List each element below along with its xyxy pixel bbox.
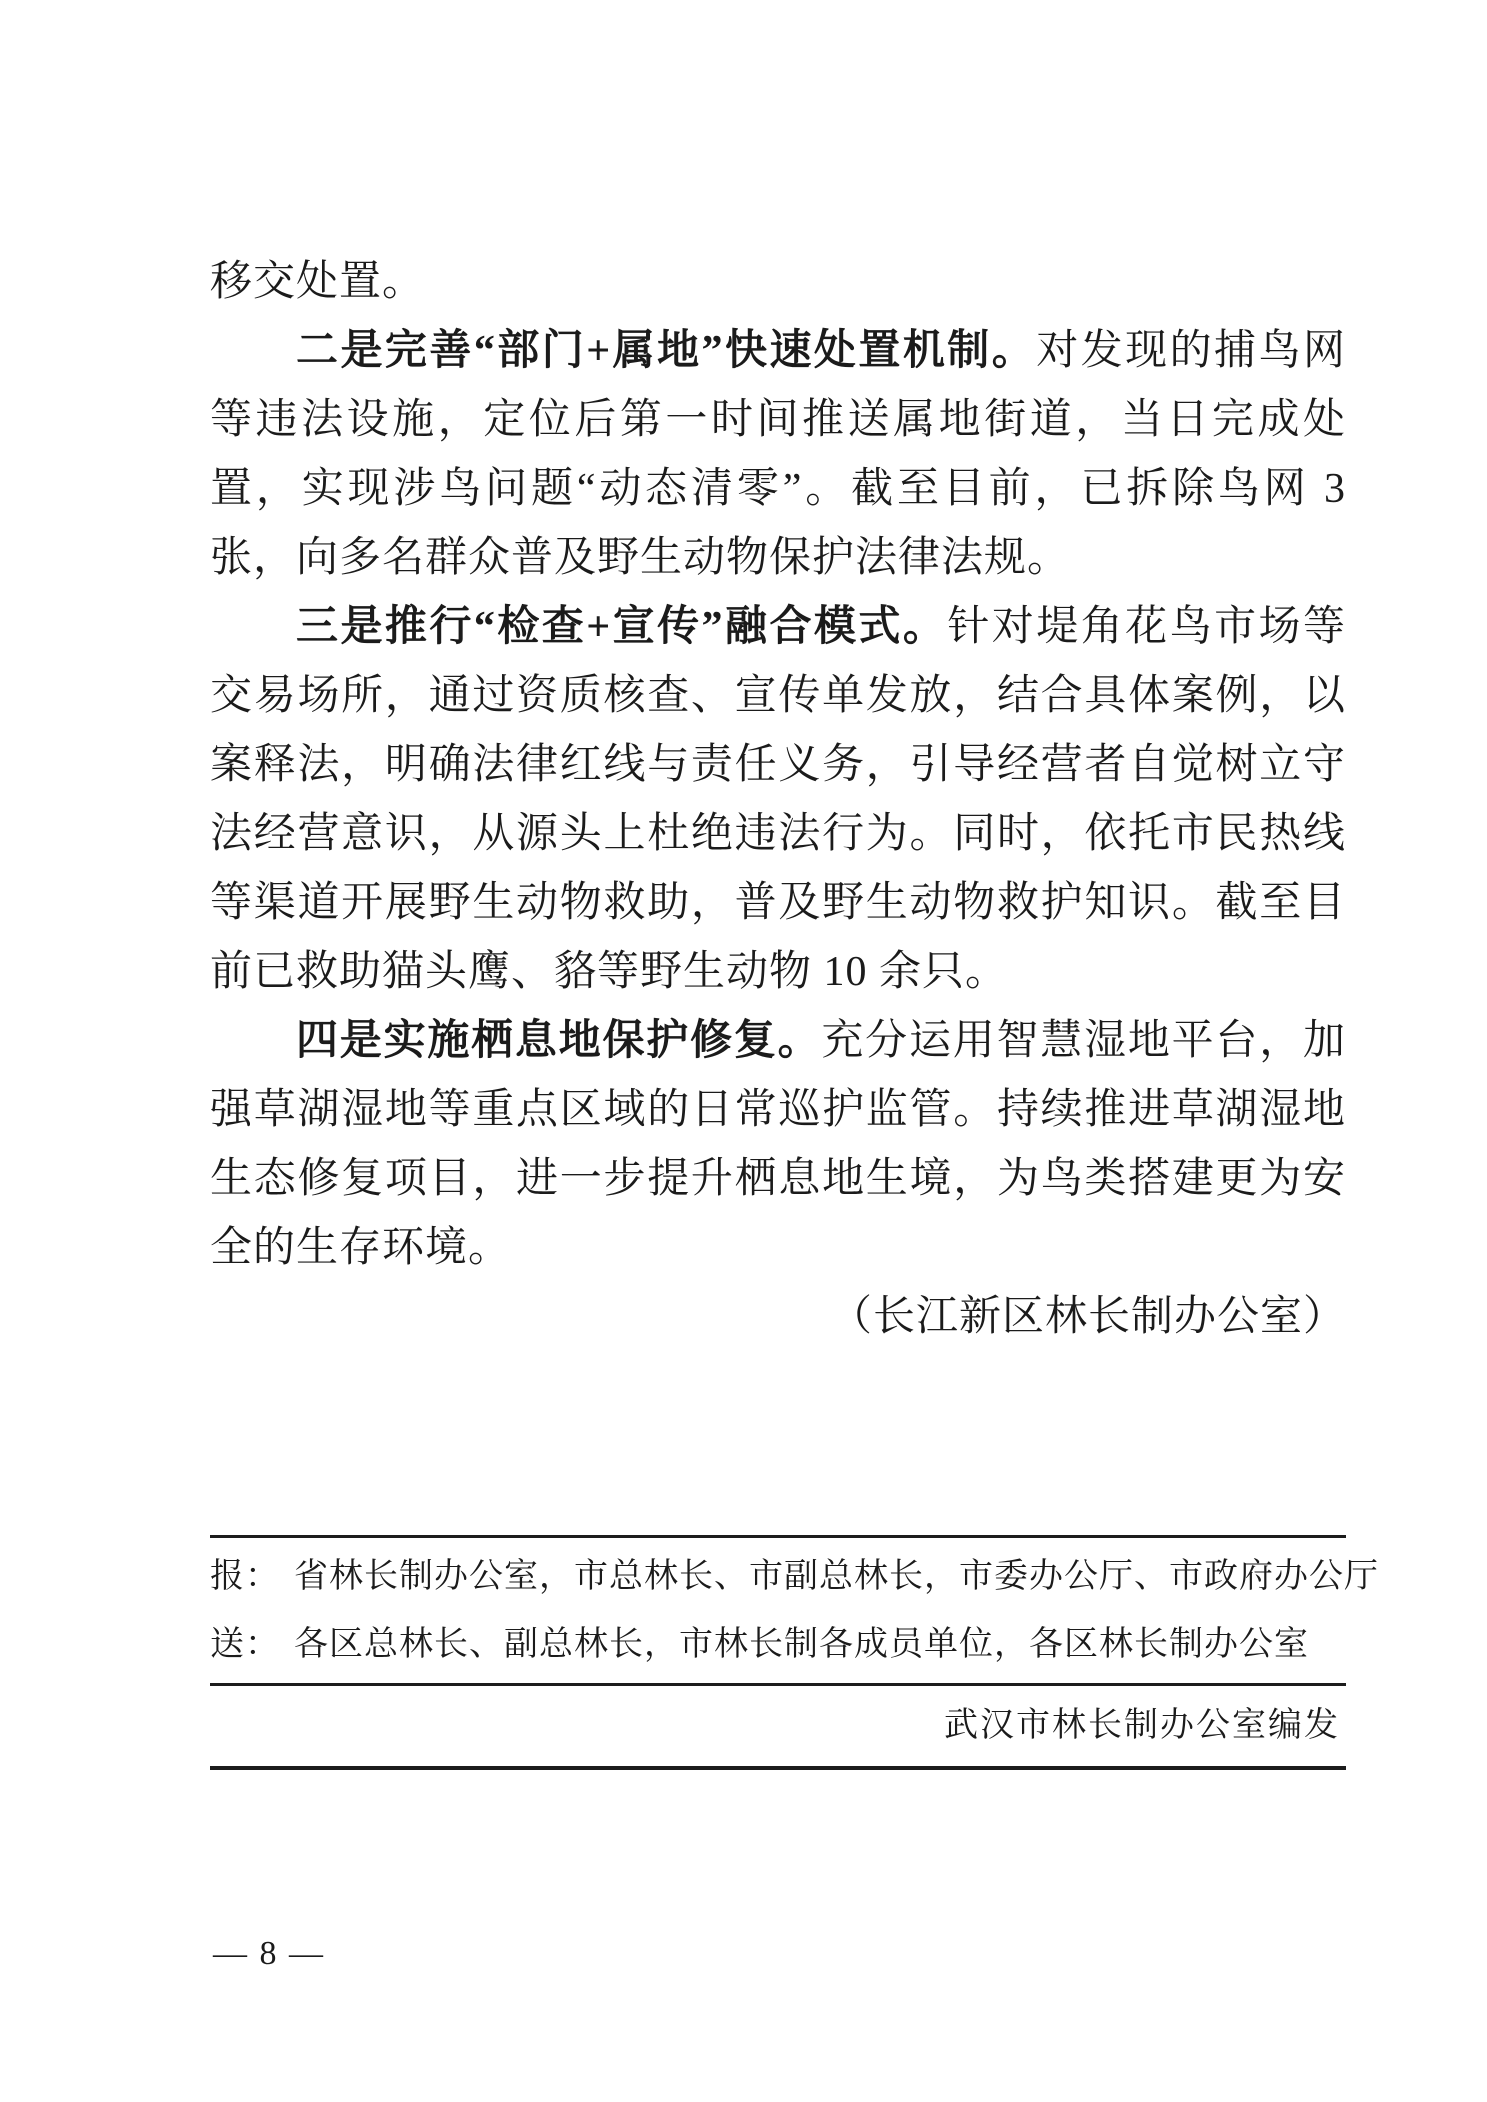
paragraph-lead: 三是推行“检查+宣传”融合模式。 [296, 604, 947, 650]
paragraph-lead: 二是完善“部门+属地”快速处置机制。 [296, 328, 1036, 374]
send-text: 各区总林长、副总林长，市林长制各成员单位，各区林长制办公室 [294, 1626, 1309, 1663]
issuer-line: 武汉市林长制办公室编发 [210, 1686, 1346, 1766]
body-paragraph: 四是实施栖息地保护修复。充分运用智慧湿地平台，加强草湖湿地等重点区域的日常巡护监… [210, 1007, 1346, 1283]
paragraph-lead: 四是实施栖息地保护修复。 [296, 1018, 821, 1064]
page-number: — 8 — [213, 1934, 325, 1974]
paragraph-text: 针对堤角花鸟市场等交易场所，通过资质核查、宣传单发放，结合具体案例，以案释法，明… [210, 604, 1346, 995]
document-page: 移交处置。 二是完善“部门+属地”快速处置机制。对发现的捕鸟网等违法设施，定位后… [0, 0, 1487, 2102]
body-paragraph: 三是推行“检查+宣传”融合模式。针对堤角花鸟市场等交易场所，通过资质核查、宣传单… [210, 593, 1346, 1007]
body-paragraph: 移交处置。 [210, 248, 1346, 317]
paragraph-text: 移交处置。 [210, 259, 425, 305]
document-body: 移交处置。 二是完善“部门+属地”快速处置机制。对发现的捕鸟网等违法设施，定位后… [210, 248, 1346, 1352]
signature-line: （长江新区林长制办公室） [210, 1283, 1346, 1352]
send-label: 送： [210, 1626, 280, 1663]
divider-bottom [210, 1766, 1346, 1770]
report-text: 省林长制办公室，市总林长、市副总林长，市委办公厅、市政府办公厅 [294, 1558, 1379, 1595]
send-line: 送：各区总林长、副总林长，市林长制各成员单位，各区林长制办公室 [210, 1611, 1346, 1679]
cc-lines: 报：省林长制办公室，市总林长、市副总林长，市委办公厅、市政府办公厅 送：各区总林… [210, 1538, 1346, 1683]
distribution-block: 报：省林长制办公室，市总林长、市副总林长，市委办公厅、市政府办公厅 送：各区总林… [210, 1535, 1346, 1770]
report-label: 报： [210, 1558, 280, 1595]
report-line: 报：省林长制办公室，市总林长、市副总林长，市委办公厅、市政府办公厅 [210, 1543, 1346, 1611]
body-paragraph: 二是完善“部门+属地”快速处置机制。对发现的捕鸟网等违法设施，定位后第一时间推送… [210, 317, 1346, 593]
